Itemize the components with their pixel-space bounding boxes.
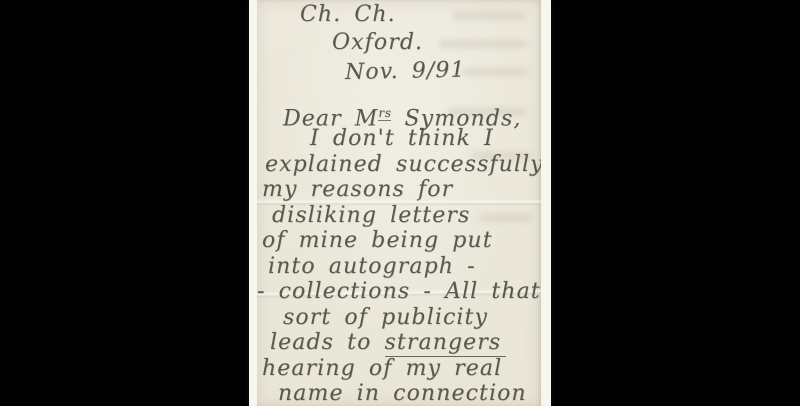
letter-text: explained successfully	[265, 152, 541, 177]
heading-line: Nov. 9/91	[345, 55, 541, 87]
letter-text: disliking letters	[272, 203, 470, 228]
under-sheet-edge: Ch. Ch.Oxford.Nov. 9/91 Dear Mrs Symonds…	[249, 0, 551, 406]
letter-text: Ch. Ch.	[300, 2, 396, 27]
letter-line: I don't think I	[310, 126, 541, 152]
letter-line: sort of publicity	[283, 305, 541, 331]
letter-line: disliking letters	[272, 203, 541, 229]
letter-line: explained successfully	[265, 152, 541, 178]
letter-line: name in connection	[278, 381, 541, 406]
heading-line: Ch. Ch.	[300, 1, 541, 29]
letter-heading: Ch. Ch.Oxford.Nov. 9/91	[257, 1, 541, 85]
letter-text: hearing of my real	[262, 356, 502, 381]
letter-text: Oxford.	[332, 30, 423, 55]
letter-text: my reasons for	[262, 177, 453, 202]
letter-line: into autograph -	[268, 254, 541, 280]
letter-body: I don't think Iexplained successfullymy …	[257, 126, 541, 406]
letter-text: - collections - All that	[257, 279, 541, 304]
letter-line: my reasons for	[262, 177, 541, 203]
letter-text: leads to	[270, 330, 385, 355]
letter-page: Ch. Ch.Oxford.Nov. 9/91 Dear Mrs Symonds…	[257, 0, 541, 406]
letter-text: I don't think I	[310, 126, 494, 151]
letter-text: sort of publicity	[283, 305, 488, 330]
underlined-word: strangers	[385, 330, 507, 357]
letter-line: of mine being put	[262, 228, 541, 254]
letter-text: name in connection	[278, 381, 527, 406]
superscript-text: rs	[378, 106, 391, 121]
letter-line: hearing of my real	[262, 356, 541, 382]
letter-text: Nov. 9/91	[345, 58, 466, 86]
heading-line: Oxford.	[332, 29, 541, 57]
letter-text: of mine being put	[262, 228, 493, 253]
letter-line: - collections - All that	[257, 279, 541, 305]
letter-text: into autograph -	[268, 254, 476, 279]
photo-background: Ch. Ch.Oxford.Nov. 9/91 Dear Mrs Symonds…	[0, 0, 800, 406]
letter-line: leads to strangers	[270, 330, 541, 356]
